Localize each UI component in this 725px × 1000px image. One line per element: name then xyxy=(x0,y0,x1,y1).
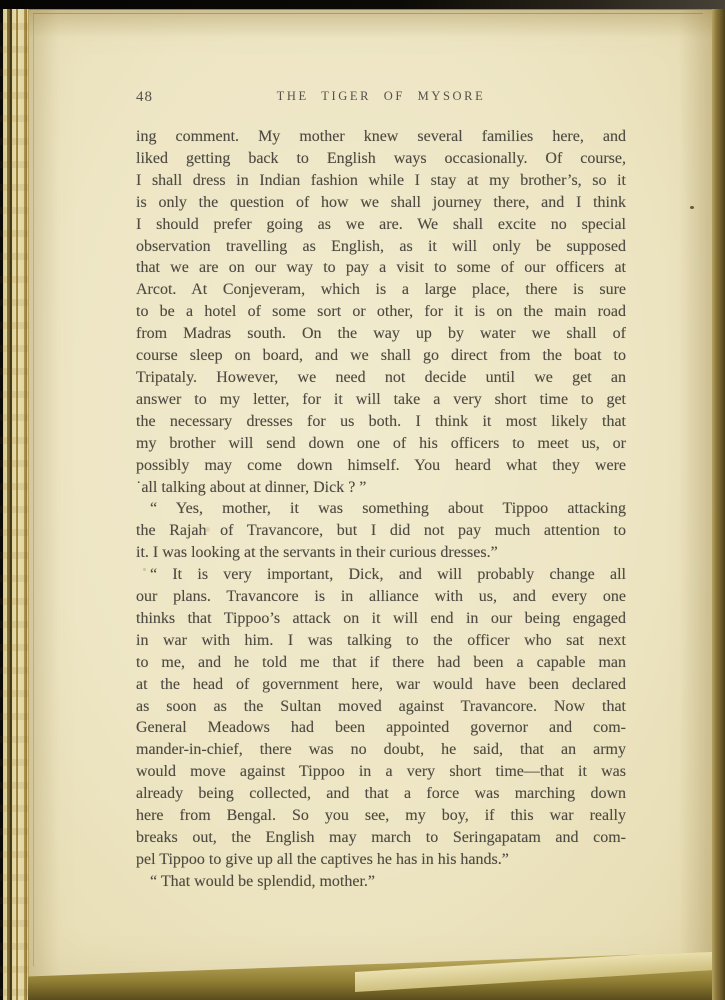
foxing-speck xyxy=(205,527,210,532)
text-line: General Meadows had been appointed gover… xyxy=(136,717,626,739)
text-line: the Rajah of Travancore, but I did not p… xyxy=(136,520,626,542)
text-line: our plans. Travancore is in alliance wit… xyxy=(136,586,626,608)
text-line: to me, and he told me that if there had … xyxy=(136,652,626,674)
book-left-page-edges xyxy=(0,0,30,1000)
text-line: here from Bengal. So you see, my boy, if… xyxy=(136,805,626,827)
paragraph: ing comment. My mother knew several fami… xyxy=(136,126,626,498)
text-line: mander-in-chief, there was no doubt, he … xyxy=(136,739,626,761)
text-line: course sleep on board, and we shall go d… xyxy=(136,345,626,367)
text-block: ing comment. My mother knew several fami… xyxy=(136,126,626,893)
text-line: I shall dress in Indian fashion while I … xyxy=(136,170,626,192)
text-line: from Madras south. On the way up by wate… xyxy=(136,323,626,345)
text-line: the necessary dresses for us both. I thi… xyxy=(136,411,626,433)
text-line: to be a hotel of some sort or other, for… xyxy=(136,301,626,323)
text-line: pel Tippoo to give up all the captives h… xyxy=(136,849,626,871)
text-line: I should prefer going as we are. We shal… xyxy=(136,214,626,236)
book-right-page-edge xyxy=(712,0,725,1000)
foxing-speck xyxy=(690,206,694,209)
running-title: THE TIGER OF MYSORE xyxy=(136,89,626,104)
text-line: “ Yes, mother, it was something about Ti… xyxy=(136,498,626,520)
text-line: would move against Tippoo in a very shor… xyxy=(136,761,626,783)
book-scan: 48 THE TIGER OF MYSORE ing comment. My m… xyxy=(0,0,725,1000)
text-line: observation travelling as English, as it… xyxy=(136,236,626,258)
text-line: as soon as the Sultan moved against Trav… xyxy=(136,696,626,718)
text-line: is only the question of how we shall jou… xyxy=(136,192,626,214)
paragraph: “ Yes, mother, it was something about Ti… xyxy=(136,498,626,564)
scan-top-dark-strip xyxy=(0,0,725,9)
text-line: breaks out, the English may march to Ser… xyxy=(136,827,626,849)
text-line: it. I was looking at the servants in the… xyxy=(136,542,626,564)
paragraph: “ It is very important, Dick, and will p… xyxy=(136,564,626,871)
text-line: “ That would be splendid, mother.” xyxy=(136,871,626,893)
text-line: answer to my letter, for it will take a … xyxy=(136,389,626,411)
text-line: Arcot. At Conjeveram, which is a large p… xyxy=(136,279,626,301)
text-line: already being collected, and that a forc… xyxy=(136,783,626,805)
text-line: ˙all talking about at dinner, Dick ? ” xyxy=(136,477,626,499)
text-line: possibly may come down himself. You hear… xyxy=(136,455,626,477)
text-line: in war with him. I was talking to the of… xyxy=(136,630,626,652)
page-header: 48 THE TIGER OF MYSORE xyxy=(136,89,626,109)
text-line: “ It is very important, Dick, and will p… xyxy=(136,564,626,586)
book-page: 48 THE TIGER OF MYSORE ing comment. My m… xyxy=(28,9,713,980)
text-line: Tripataly. However, we need not decide u… xyxy=(136,367,626,389)
text-line: at the head of government here, war woul… xyxy=(136,674,626,696)
text-line: that we are on our way to pay a visit to… xyxy=(136,257,626,279)
text-line: thinks that Tippoo’s attack on it will e… xyxy=(136,608,626,630)
page-number: 48 xyxy=(136,89,153,106)
foxing-speck xyxy=(143,568,146,571)
text-line: ing comment. My mother knew several fami… xyxy=(136,126,626,148)
text-line: liked getting back to English ways occas… xyxy=(136,148,626,170)
text-line: my brother will send down one of his off… xyxy=(136,433,626,455)
paragraph: “ That would be splendid, mother.” xyxy=(136,871,626,893)
